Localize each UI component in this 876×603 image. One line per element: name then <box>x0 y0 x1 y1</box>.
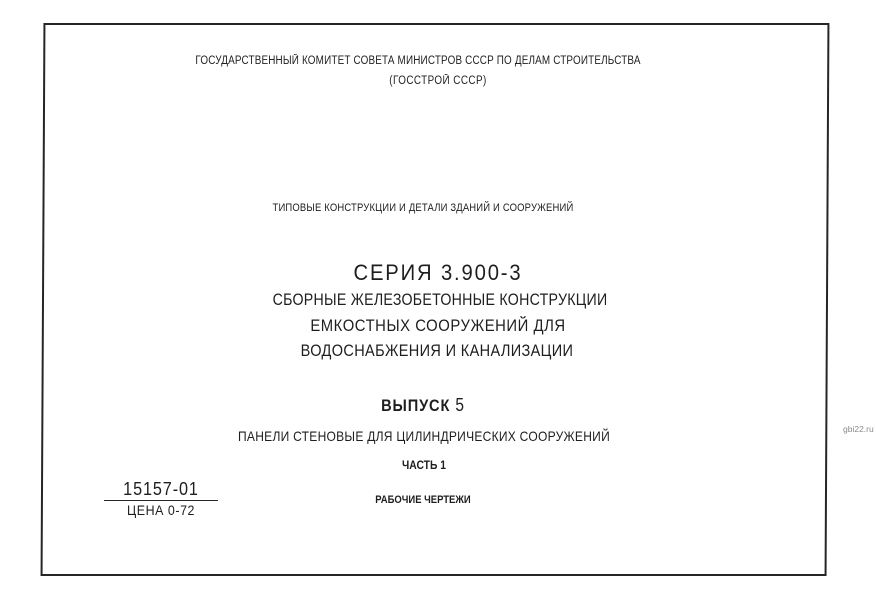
watermark-text: gbi22.ru <box>843 424 874 434</box>
series-title: Серия 3.900-3 <box>35 262 841 284</box>
title-line-3: водоснабжения и канализации <box>52 343 821 360</box>
title-line-2: емкостных сооружений для <box>44 318 832 335</box>
organization-name: Государственный комитет совета министров… <box>59 56 778 68</box>
catalog-block: 15157-01 Цена 0-72 <box>108 480 214 518</box>
title-line-1: Сборные железобетонные конструкции <box>62 292 819 309</box>
part-label: Часть 1 <box>59 459 788 471</box>
issue-label: Выпуск <box>381 396 450 415</box>
organization-abbreviation: (Госстрой СССР) <box>61 76 814 88</box>
document-category: Типовые конструкции и детали зданий и со… <box>59 203 787 214</box>
issue-number: 5 <box>455 395 464 415</box>
catalog-number: 15157-01 <box>113 480 208 500</box>
catalog-divider <box>104 500 218 501</box>
issue-heading: Выпуск5 <box>59 396 787 414</box>
subject-title: Панели стеновые для цилиндрических соору… <box>59 429 788 443</box>
catalog-price: Цена 0-72 <box>112 504 210 518</box>
